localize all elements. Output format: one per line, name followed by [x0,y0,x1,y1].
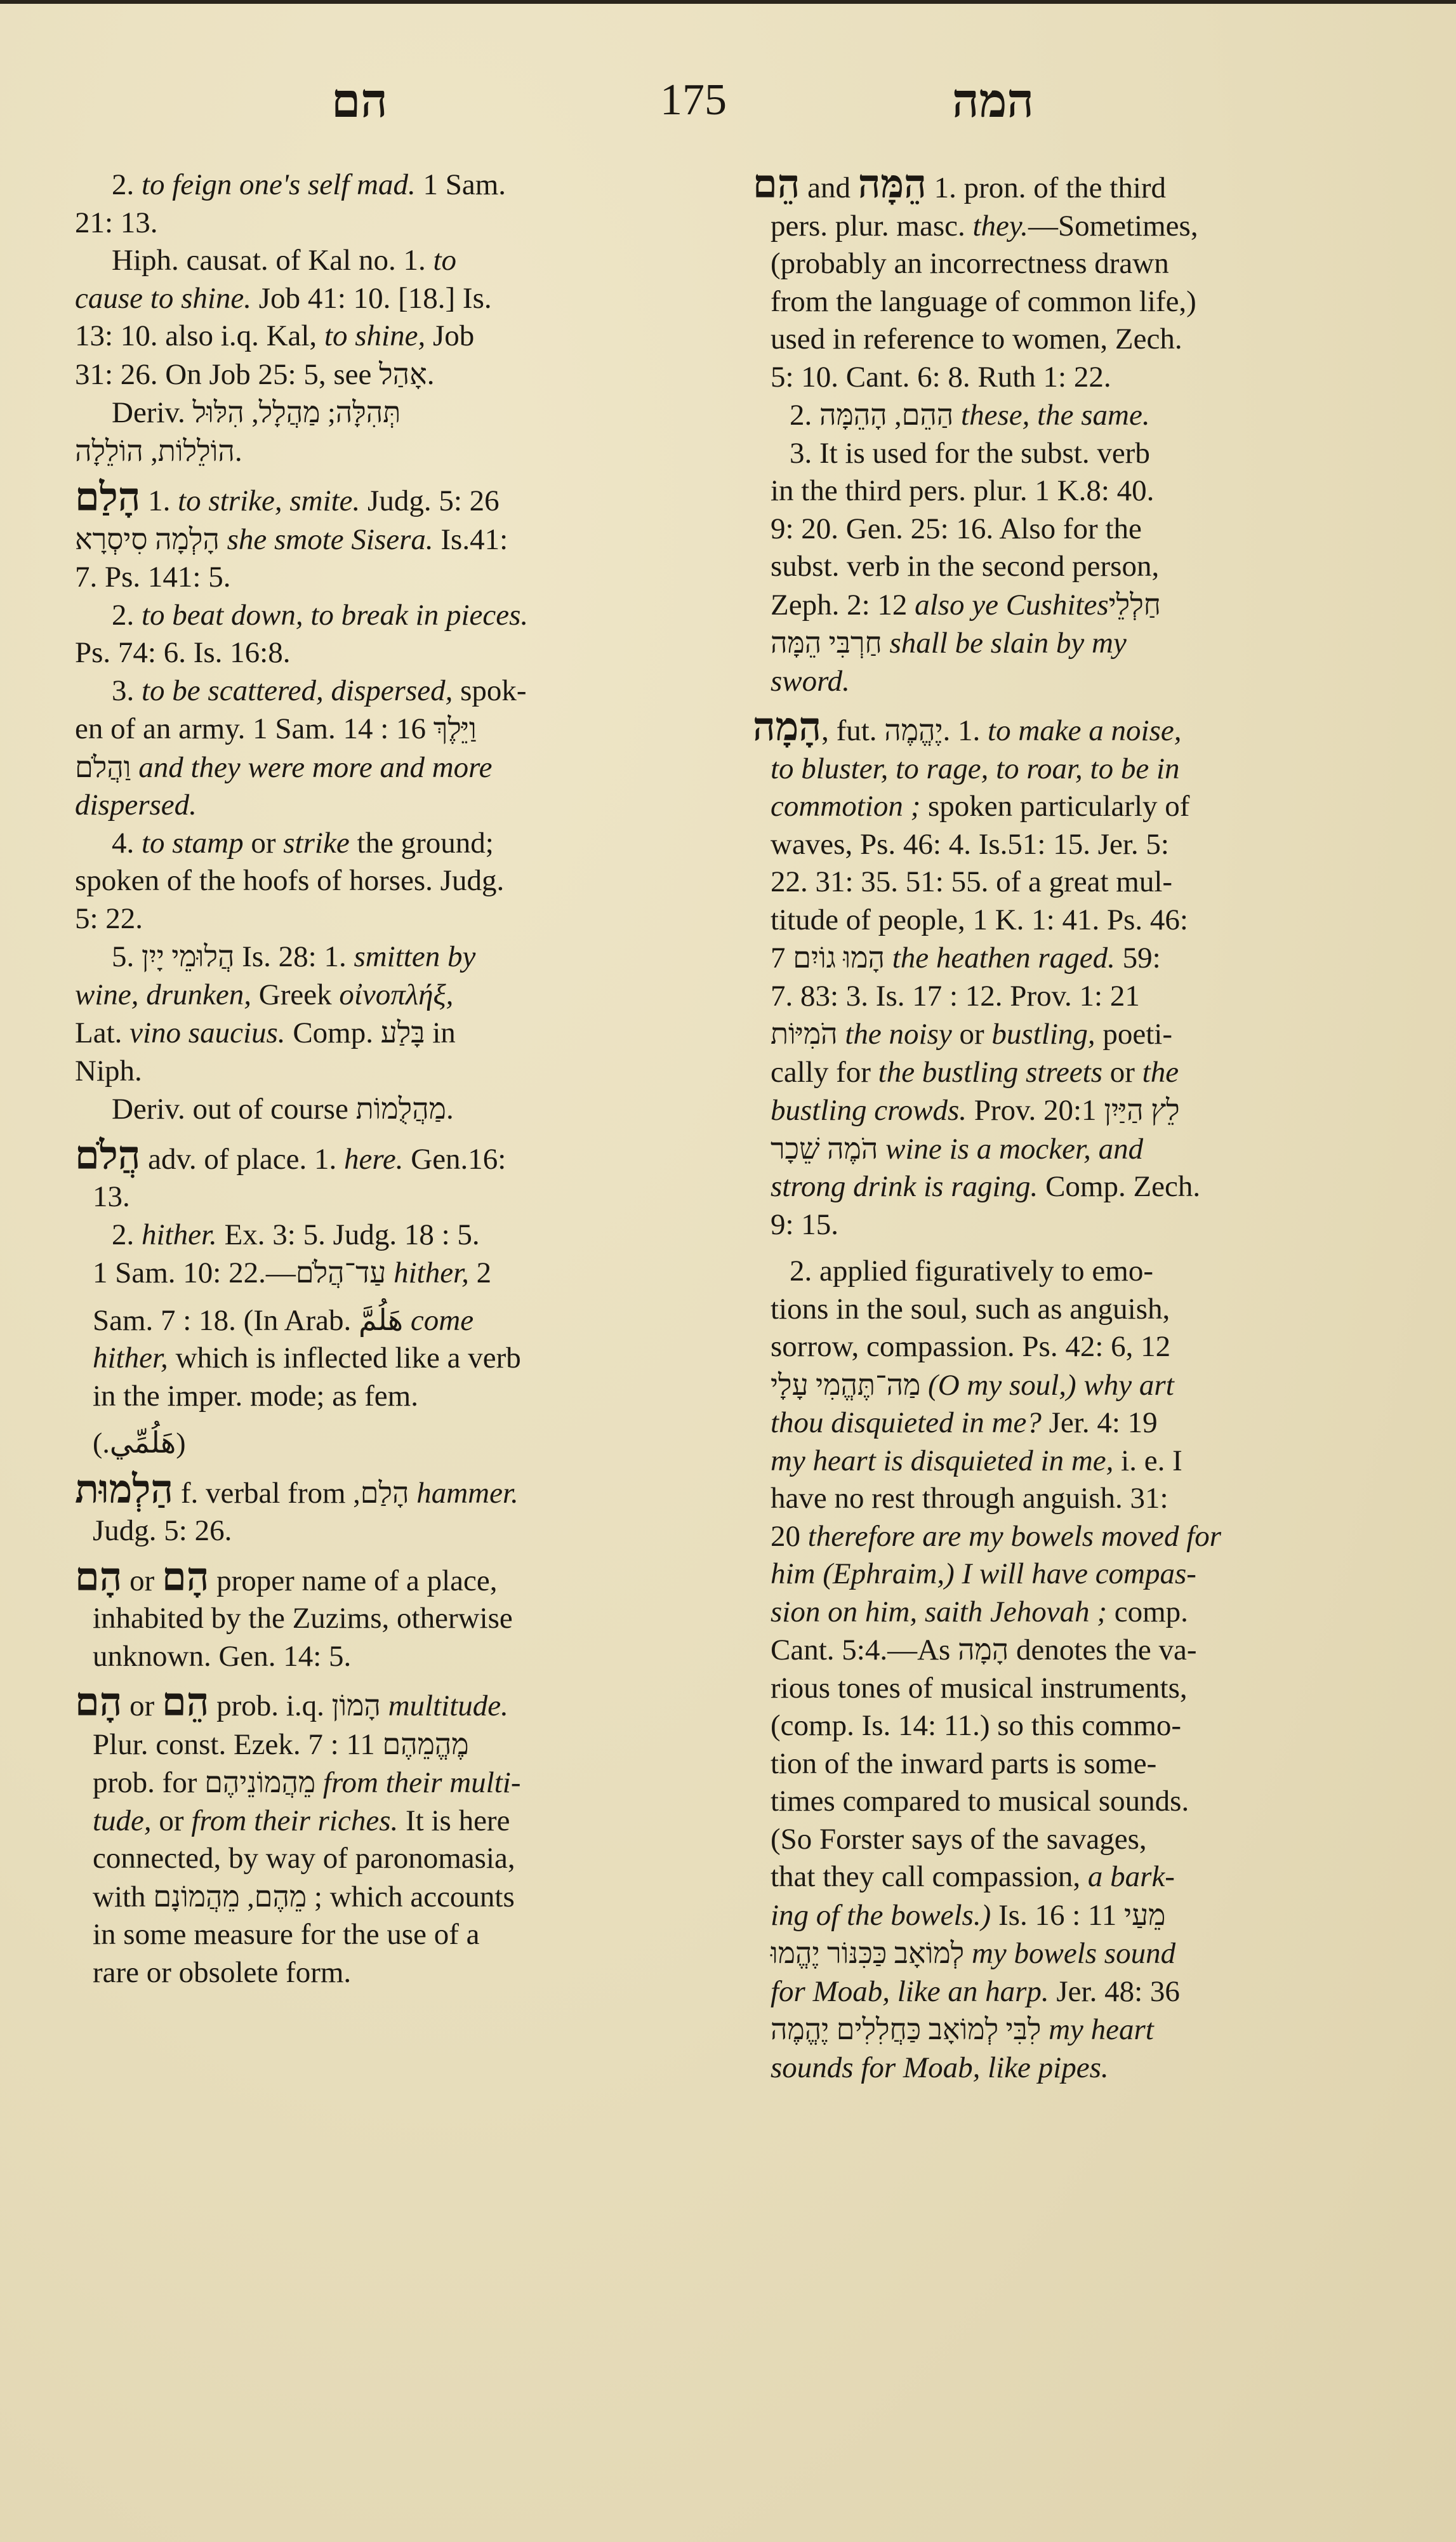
text-line: connected, by way of paronomasia, [75,1840,710,1878]
entry-gap [75,470,710,479]
text: Is. 28: 1. [234,940,354,973]
italic-gloss: to beat down, to break in pieces. [142,599,528,632]
text: en of an army. 1 Sam. 14 : 16 [75,712,433,745]
text-line: tude, or from their riches. It is here [75,1802,710,1840]
text: or [1102,1056,1142,1089]
text-line: 7 הָמוּ גוֹיִם the heathen raged. 59: [753,939,1373,978]
italic-gloss: hither, [93,1341,168,1374]
text-line: (So Forster says of the savages, [753,1821,1373,1859]
text-line: הוֹלֵלוֹת, הוֹלֵלָה. [75,432,710,471]
italic-gloss: and they were more and more [131,751,492,784]
text: Job [425,319,474,352]
text: 1. [140,484,178,517]
text-line: for Moab, like an harp. Jer. 48: 36 [753,1973,1373,2011]
text: Zeph. 2: 12 [771,589,915,622]
italic-gloss: to bluster, to rage, to roar, to be in [771,752,1180,785]
text: 2. applied figuratively to emo- [790,1254,1153,1288]
text: 2 [469,1256,491,1289]
text-line: Hiph. causat. of Kal no. 1. to [75,242,710,280]
italic-gloss: him (Ephraim,) I will have compas- [771,1557,1196,1590]
italic-gloss: therefore are my bowels moved for [808,1520,1221,1553]
text-line: prob. for מֵהֲמוֹנֵיהֶם from their multi… [75,1764,710,1802]
text: or [152,1804,192,1837]
headword-variant: הֵמָּה [858,163,927,206]
text: Sam. 7 : 18. (In Arab. [93,1304,359,1337]
text: Deriv. [112,396,192,429]
text-line: הָם or הָם proper name of a place, [75,1559,710,1600]
italic-gloss: from their multi- [315,1766,520,1799]
text-line: waves, Ps. 46: 4. Is.51: 15. Jer. 5: [753,826,1373,864]
hebrew-text: הָלַם, [353,1477,409,1509]
hebrew-text: מֵעַי [1124,1899,1165,1931]
italic-gloss: to shine, [324,319,425,352]
italic-gloss: a bark- [1088,1860,1175,1893]
text: 1 Sam. [416,168,506,201]
text-line: 5: 22. [75,900,710,938]
text-line: 4. to stamp or strike the ground; [75,825,710,863]
italic-gloss: multitude. [381,1689,508,1722]
text: Jer. 48: 36 [1049,1975,1180,2008]
italic-gloss: strong drink is raging. [771,1170,1038,1203]
text: rious tones of musical instruments, [771,1672,1188,1705]
text-line: sounds for Moab, like pipes. [753,2049,1373,2087]
italic-gloss: vino saucius. [129,1016,285,1049]
text-line: hither, which is inflected like a verb [75,1340,710,1378]
text-line: bustling crowds. Prov. 20:1 לֵץ הַיַּיִן [753,1091,1373,1130]
text: from the language of common life,) [771,285,1196,318]
hebrew-text: מֶהֱמֵהֶם [382,1728,468,1760]
hebrew-text: מַה־תֶּהֱמִי עָלָי [771,1369,920,1401]
text: (comp. Is. 14: 11.) so this commo- [771,1709,1181,1742]
text-line: Judg. 5: 26. [75,1512,710,1550]
text-line: 2. to beat down, to break in pieces. [75,597,710,635]
text: Cant. 5:4.—As [771,1634,958,1667]
italic-gloss: tude, [93,1804,152,1837]
text: 7. Ps. 141: 5. [75,561,231,594]
text-line: 2. applied figuratively to emo- [753,1253,1373,1291]
text-line: that they call compassion, a bark- [753,1858,1373,1896]
text: adv. of place. 1. [140,1143,344,1176]
text: 9: 15. [771,1208,838,1241]
text: waves, Ps. 46: 4. Is.51: 15. Jer. 5: [771,828,1169,861]
text-line: Ps. 74: 6. Is. 16:8. [75,634,710,672]
text: that they call compassion, [771,1860,1088,1893]
text-line: 31: 26. On Job 25: 5, see אָהַל. [75,356,710,394]
text: 3. [112,674,142,707]
text-line: הָלַם 1. to strike, smite. Judg. 5: 26 [75,479,710,521]
text: spoken of the hoofs of horses. Judg. [75,864,504,897]
text-line: הָם or הֵם prob. i.q. הָמוֹן multitude. [75,1684,710,1726]
hebrew-text: וַיֵּלֶךְ [433,712,477,745]
text-line: 13. [75,1178,710,1216]
italic-gloss: commotion ; [771,790,920,823]
text: Is. 16 : 11 [991,1899,1124,1932]
headword: הָמָה [753,706,821,749]
text: Judg. 5: 26. [93,1514,232,1547]
text-line: 2. הַהֵם, הָהֵמָּה these, the same. [753,396,1373,435]
text-line: sorrow, compassion. Ps. 42: 6, 12 [753,1328,1373,1366]
text-line: 22. 31: 35. 51: 55. of a great mul- [753,863,1373,902]
text: (probably an incorrectness drawn [771,247,1169,280]
text-line: times compared to musical sounds. [753,1783,1373,1821]
page-number: 175 [660,75,727,126]
text-line: לִבִּי לְמוֹאָב כַּחֲלִלִים יֶהֱמֶה my h… [753,2011,1373,2049]
hebrew-text: הָלְמָה סִיסְרָא [75,523,220,556]
italic-gloss: sion on him, saith Jehovah ; [771,1595,1107,1628]
text: ; which accounts [307,1880,515,1913]
text: Lat. [75,1016,129,1049]
text-line: spoken of the hoofs of horses. Judg. [75,862,710,900]
text: tions in the soul, such as anguish, [771,1293,1170,1326]
text-line: מַה־תֶּהֱמִי עָלָי (O my soul,) why art [753,1366,1373,1405]
text: 9: 20. Gen. 25: 16. Also for the [771,512,1142,545]
text: rare or obsolete form. [93,1956,351,1989]
text: Hiph. causat. of Kal no. 1. [112,244,433,277]
text: 4. [112,827,142,860]
text: or [122,1689,162,1722]
hebrew-text: מֵהֲמוֹנֵיהֶם [204,1766,315,1799]
hebrew-text: (هَلُمِّي.) [93,1427,186,1459]
headword: הֵם [753,163,800,206]
italic-gloss: shall be slain by my [882,627,1127,660]
italic-gloss: these, the same. [953,399,1149,432]
hebrew-text: הֲלוּמֵי יָיִן [142,940,234,973]
italic-gloss: my heart is disquieted in me, [771,1444,1113,1477]
entry-gap [75,1415,710,1424]
text: connected, by way of paronomasia, [93,1842,515,1875]
text-line: Deriv. תְּהִלָּה; מַהֲלָל, הִלּוּל [75,394,710,432]
text-line: (هَلُمِّي.) [75,1424,710,1463]
text: —Sometimes, [1028,210,1198,243]
text-line: ing of the bowels.) Is. 16 : 11 מֵעַי [753,1896,1373,1935]
text: Job 41: 10. [18.] Is. [251,282,492,315]
entry-gap [75,1293,710,1301]
hebrew-text: תְּהִלָּה; מַהֲלָל, הִלּוּל [192,396,400,429]
text: spok- [453,674,526,707]
text-line: 21: 13. [75,204,710,243]
italic-gloss: strike [283,827,349,860]
italic-gloss: the [1142,1056,1179,1089]
hebrew-text: לֵץ הַיַּיִן [1104,1094,1179,1126]
text: 2. [112,168,142,201]
text: 31: 26. On Job 25: 5, see [75,358,379,391]
left-column: 2. to feign one's self mad. 1 Sam. 21: 1… [75,166,710,1992]
italic-gloss: from their riches. [191,1804,398,1837]
text: Judg. 5: 26 [360,484,499,517]
text-line: הֹמִיּוֹת the noisy or bustling, poeti- [753,1015,1373,1054]
text-line: 2. to feign one's self mad. 1 Sam. [75,166,710,204]
text-line: sword. [753,663,1373,701]
text-line: tions in the soul, such as anguish, [753,1291,1373,1329]
text: 1 Sam. 10: 22.— [93,1256,296,1289]
text-line: הַלְמוּת f. verbal from הָלַם, hammer. [75,1472,710,1513]
text-line: Zeph. 2: 12 also ye Cushites חַלְלֵי [753,586,1373,625]
italic-gloss: ing of the bowels.) [771,1899,991,1932]
text: prob. i.q. [209,1689,331,1722]
text-line: in some measure for the use of a [75,1916,710,1954]
italic-gloss: bustling, [991,1018,1095,1051]
text: titude of people, 1 K. 1: 41. Ps. 46: [771,903,1188,936]
text: 3. It is used for the subst. verb [790,437,1150,470]
text: 20 [771,1520,808,1553]
text: tion of the inward parts is some- [771,1747,1156,1780]
text-line: Lat. vino saucius. Comp. בָּלַע in [75,1014,710,1053]
text: Comp. Zech. [1038,1170,1200,1203]
hebrew-text: הָמוּ גוֹיִם [793,942,885,974]
text-line: Sam. 7 : 18. (In Arab. هَلُمَّ come [75,1301,710,1340]
text-line: him (Ephraim,) I will have compas- [753,1555,1373,1594]
text-line: subst. verb in the second person, [753,548,1373,586]
hebrew-text: בָּלַע [381,1016,425,1049]
text-line: הֹמֶה שֵׁכָר wine is a mocker, and [753,1130,1373,1169]
hebrew-text: אָהַל [379,358,427,390]
text: 59: [1115,942,1161,975]
text-line: pers. plur. masc. they.—Sometimes, [753,208,1373,246]
hebrew-text: הֹמִיּוֹת [771,1018,838,1050]
page-header: הם 175 המה [0,75,1456,132]
entry-gap [753,700,1373,709]
text: in [425,1016,455,1049]
text: . [427,358,435,391]
text: 2. [790,399,819,432]
text: or [244,827,284,860]
text: Jer. 4: 19 [1042,1406,1158,1439]
text: (So Forster says of the savages, [771,1823,1147,1856]
text-line: 9: 20. Gen. 25: 16. Also for the [753,510,1373,549]
hebrew-text: הוֹלֵלוֹת, הוֹלֵלָה [75,435,235,467]
text: 5: 10. Cant. 6: 8. Ruth 1: 22. [771,361,1111,394]
italic-gloss: for Moab, like an harp. [771,1975,1049,2008]
text-line: לְמוֹאָב כַּכִּנּוֹר יֶהֱמוּ my bowels s… [753,1934,1373,1973]
text: 1. pron. of the third [927,171,1166,204]
italic-gloss: smitten by [354,940,475,973]
text-line: (comp. Is. 14: 11.) so this commo- [753,1707,1373,1745]
text-line: rious tones of musical instruments, [753,1670,1373,1708]
italic-gloss: cause to shine. [75,282,251,315]
right-column: הֵם and הֵמָּה 1. pron. of the thirdpers… [753,166,1373,2087]
text-line: have no rest through anguish. 31: [753,1480,1373,1518]
text: have no rest through anguish. 31: [771,1482,1168,1515]
text: Greek [251,978,339,1011]
text: proper name of a place, [209,1564,497,1597]
italic-gloss: my bowels sound [964,1937,1175,1970]
text: 7 [771,942,793,975]
text: or [952,1018,992,1051]
text-line: הָמָה, fut. יֶהֱמֶה. 1. to make a noise, [753,709,1373,750]
hebrew-text: לְמוֹאָב כַּכִּנּוֹר יֶהֱמוּ [771,1937,964,1969]
text-line: dispersed. [75,787,710,825]
text: unknown. Gen. 14: 5. [93,1640,351,1673]
text: 2. [112,599,142,632]
text-line: with מֵהֶם, מֵהֲמוֹנָם ; which accounts [75,1878,710,1917]
text: poeti- [1095,1018,1172,1051]
text: 13. [93,1180,130,1213]
text: Gen.16: [404,1143,506,1176]
scan-top-edge [0,0,1456,4]
text: with [93,1880,153,1913]
italic-gloss: to make a noise, [988,714,1181,747]
left-catchword: הם [331,75,388,129]
italic-gloss: the heathen raged. [885,942,1115,975]
italic-gloss: to strike, smite. [178,484,360,517]
text: used in reference to women, Zech. [771,323,1182,356]
hebrew-text: חַרְבִּי הֵמָּה [771,627,882,659]
text: Ex. 3: 5. Judg. 18 : 5. [217,1218,480,1251]
text: 7. 83: 3. Is. 17 : 12. Prov. 1: 21 [771,980,1140,1013]
italic-gloss: wine is a mocker, and [878,1133,1143,1166]
hebrew-text: הַהֵם, הָהֵמָּה [819,399,953,431]
italic-gloss: hither, [386,1256,469,1289]
hebrew-text: מֵהֶם, מֵהֲמוֹנָם [153,1880,307,1913]
text-line: 1 Sam. 10: 22.—עַד־הֲלֹם hither, 2 [75,1254,710,1293]
italic-gloss: she smote Sisera. [220,523,433,556]
headword: הֲלֹם [75,1135,140,1178]
text-line: tion of the inward parts is some- [753,1745,1373,1783]
italic-gloss: to stamp [142,827,244,860]
hebrew-text: יֶהֱמֶה [884,714,943,747]
headword: הָלַם [75,476,140,519]
hebrew-text: هَلُمَّ [359,1304,403,1336]
headword: הָם [75,1681,122,1724]
text: . 1. [943,714,988,747]
italic-gloss: dispersed. [75,789,197,822]
text: in some measure for the use of a [93,1918,480,1951]
hebrew-text: הָמָה [958,1634,1009,1666]
italic-gloss: also ye Cushites [915,589,1108,622]
text-line: הֵם and הֵמָּה 1. pron. of the third [753,166,1373,208]
text: Ps. 74: 6. Is. 16:8. [75,636,291,669]
text-line: (probably an incorrectness drawn [753,245,1373,283]
text: comp. [1107,1595,1188,1628]
text: . [446,1093,454,1126]
text-line: 5. הֲלוּמֵי יָיִן Is. 28: 1. smitten by [75,938,710,976]
text: pers. plur. masc. [771,210,973,243]
italic-gloss: the noisy [838,1018,952,1051]
hebrew-text: מַהֲלֻמוֹת [356,1093,446,1125]
text: 13: 10. also i.q. Kal, [75,319,324,352]
headword-variant: הֵם [162,1681,209,1724]
italic-gloss: to feign one's self mad. [142,168,416,201]
text-line: Deriv. out of course מַהֲלֻמוֹת. [75,1090,710,1129]
text-line: used in reference to women, Zech. [753,321,1373,359]
text: in the third pers. plur. 1 K.8: 40. [771,474,1154,507]
text: Is.41: [433,523,508,556]
text-line: titude of people, 1 K. 1: 41. Ps. 46: [753,902,1373,940]
headword-variant: הָם [162,1556,209,1599]
text-line: 13: 10. also i.q. Kal, to shine, Job [75,317,710,356]
headword: הָם [75,1556,122,1599]
text: sorrow, compassion. Ps. 42: 6, 12 [771,1330,1170,1363]
text: the ground; [350,827,494,860]
text-line: 7. 83: 3. Is. 17 : 12. Prov. 1: 21 [753,978,1373,1016]
italic-gloss: (O my soul,) why art [920,1369,1174,1402]
text-line: Niph. [75,1053,710,1091]
text: 5: 22. [75,902,143,935]
text-line: inhabited by the Zuzims, otherwise [75,1600,710,1638]
text: 2. [112,1218,142,1251]
text-line: הָלְמָה סִיסְרָא she smote Sisera. Is.41… [75,521,710,559]
text: 22. 31: 35. 51: 55. of a great mul- [771,865,1172,898]
text-line: 9: 15. [753,1206,1373,1244]
text-line: 5: 10. Cant. 6: 8. Ruth 1: 22. [753,359,1373,397]
text: cally for [771,1056,878,1089]
text: 21: 13. [75,206,158,239]
entry-gap [753,1244,1373,1253]
text-line: my heart is disquieted in me, i. e. I [753,1442,1373,1481]
italic-gloss: my heart [1041,2013,1154,2046]
text: subst. verb in the second person, [771,550,1159,583]
text: , fut. [821,714,884,747]
text: Plur. const. Ezek. 7 : 11 [93,1728,382,1761]
italic-gloss: thou disquieted in me? [771,1406,1042,1439]
hebrew-text: לִבִּי לְמוֹאָב כַּחֲלִלִים יֶהֱמֶה [771,2013,1041,2046]
text: . [235,435,242,468]
text-line: וַהֲלֹם and they were more and more [75,749,710,787]
hebrew-text: חַלְלֵי [1109,589,1168,621]
text-line: Cant. 5:4.—As הָמָה denotes the va- [753,1631,1373,1670]
text: and [800,171,857,204]
text-line: rare or obsolete form. [75,1954,710,1992]
text: in the imper. mode; as fem. [93,1380,418,1413]
italic-gloss: hammer. [409,1477,518,1510]
text-line: commotion ; spoken particularly of [753,788,1373,826]
italic-gloss: wine, drunken, [75,978,251,1011]
italic-gloss: here. [344,1143,404,1176]
text: or [122,1564,162,1597]
text-line: 7. Ps. 141: 5. [75,559,710,597]
text: f. verbal from [173,1477,353,1510]
text: i. e. I [1113,1444,1182,1477]
text-line: sion on him, saith Jehovah ; comp. [753,1594,1373,1632]
italic-gloss: bustling crowds. [771,1094,967,1127]
italic-gloss: οἰνοπλήξ, [339,978,453,1011]
text-line: 20 therefore are my bowels moved for [753,1518,1373,1556]
italic-gloss: sword. [771,665,850,698]
text-line: חַרְבִּי הֵמָּה shall be slain by my [753,624,1373,663]
headword: הַלְמוּת [75,1468,173,1512]
text-line: Plur. const. Ezek. 7 : 11 מֶהֱמֵהֶם [75,1726,710,1764]
italic-gloss: the bustling streets [878,1056,1102,1089]
text-line: en of an army. 1 Sam. 14 : 16 וַיֵּלֶךְ [75,710,710,749]
hebrew-text: הֹמֶה שֵׁכָר [771,1133,878,1165]
text-line: 3. It is used for the subst. verb [753,435,1373,473]
italic-gloss: to [433,244,456,277]
text: prob. for [93,1766,204,1799]
italic-gloss: sounds for Moab, like pipes. [771,2051,1109,2084]
text: inhabited by the Zuzims, otherwise [93,1602,513,1635]
text: Comp. [286,1016,381,1049]
text: Deriv. out of course [112,1093,356,1126]
text: which is inflected like a verb [168,1341,521,1374]
text-line: 3. to be scattered, dispersed, spok- [75,672,710,710]
italic-gloss: to be scattered, dispersed, [142,674,453,707]
text-line: thou disquieted in me? Jer. 4: 19 [753,1404,1373,1442]
hebrew-text: וַהֲלֹם [75,751,131,783]
right-catchword: המה [952,75,1034,129]
text: denotes the va- [1009,1634,1196,1667]
italic-gloss: come [403,1304,473,1337]
hebrew-text: עַד־הֲלֹם [296,1256,386,1289]
text-line: wine, drunken, Greek οἰνοπλήξ, [75,976,710,1015]
text-line: הֲלֹם adv. of place. 1. here. Gen.16: [75,1138,710,1179]
text-line: to bluster, to rage, to roar, to be in [753,750,1373,789]
entry-gap [75,1129,710,1138]
text: Niph. [75,1055,142,1088]
text-line: cally for the bustling streets or the [753,1054,1373,1092]
text-line: from the language of common life,) [753,283,1373,321]
text: times compared to musical sounds. [771,1785,1189,1818]
text-line: unknown. Gen. 14: 5. [75,1638,710,1676]
